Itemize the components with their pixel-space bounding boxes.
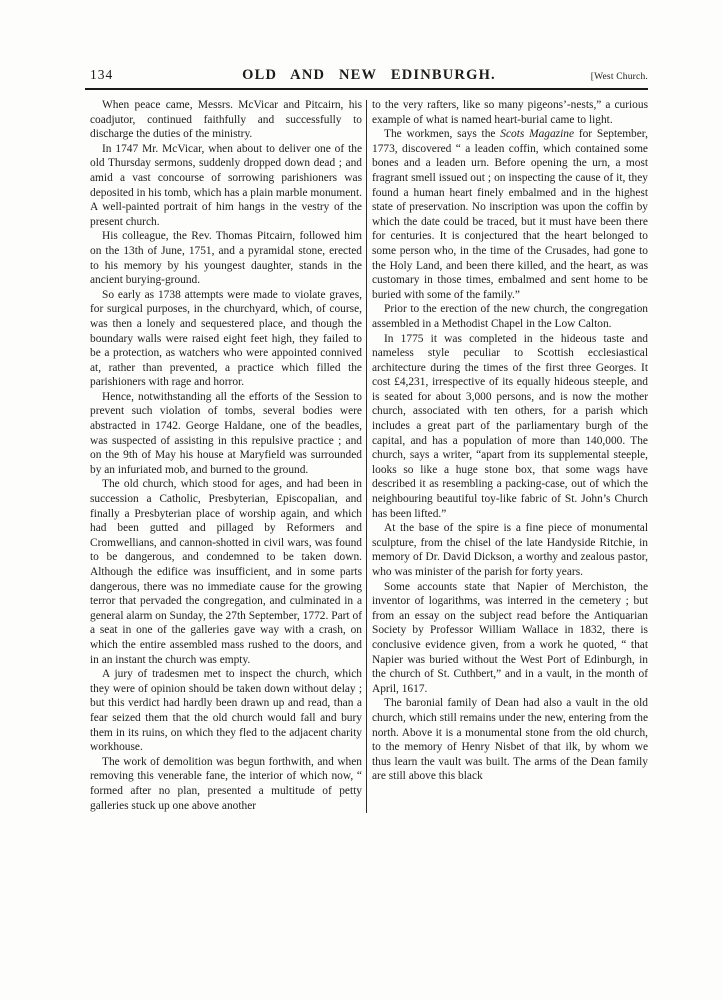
- paragraph: In 1747 Mr. McVicar, when about to deliv…: [90, 142, 362, 230]
- book-page: 134 OLD AND NEW EDINBURGH. [West Church.…: [0, 0, 722, 1000]
- page-header: 134 OLD AND NEW EDINBURGH. [West Church.: [90, 67, 648, 84]
- paragraph: The baronial family of Dean had also a v…: [372, 696, 648, 784]
- magazine-title: Scots Magazine: [500, 128, 574, 140]
- column-divider-rule: [366, 100, 367, 813]
- paragraph: The work of demolition was begun forthwi…: [90, 755, 362, 813]
- paragraph: Hence, notwithstanding all the efforts o…: [90, 390, 362, 478]
- running-title: OLD AND NEW EDINBURGH.: [180, 67, 558, 84]
- paragraph: At the base of the spire is a fine piece…: [372, 521, 648, 579]
- paragraph: So early as 1738 attempts were made to v…: [90, 288, 362, 390]
- paragraph: A jury of tradesmen met to inspect the c…: [90, 667, 362, 755]
- left-column: When peace came, Messrs. McVicar and Pit…: [90, 98, 362, 813]
- paragraph-text: for September, 1773, discovered “ a lead…: [372, 128, 648, 301]
- paragraph-text: The workmen, says the: [384, 128, 500, 140]
- paragraph: His colleague, the Rev. Thomas Pitcairn,…: [90, 229, 362, 287]
- page-number: 134: [90, 67, 180, 83]
- paragraph: The old church, which stood for ages, an…: [90, 477, 362, 667]
- paragraph: In 1775 it was completed in the hideous …: [372, 332, 648, 522]
- paragraph: Some accounts state that Napier of Merch…: [372, 580, 648, 697]
- header-rule: [85, 88, 648, 90]
- paragraph: to the very rafters, like so many pigeon…: [372, 98, 648, 127]
- right-column: to the very rafters, like so many pigeon…: [372, 98, 648, 813]
- paragraph: Prior to the erection of the new church,…: [372, 302, 648, 331]
- text-columns: When peace came, Messrs. McVicar and Pit…: [90, 98, 648, 813]
- section-label: [West Church.: [558, 72, 648, 82]
- paragraph: The workmen, says the Scots Magazine for…: [372, 127, 648, 302]
- paragraph: When peace came, Messrs. McVicar and Pit…: [90, 98, 362, 142]
